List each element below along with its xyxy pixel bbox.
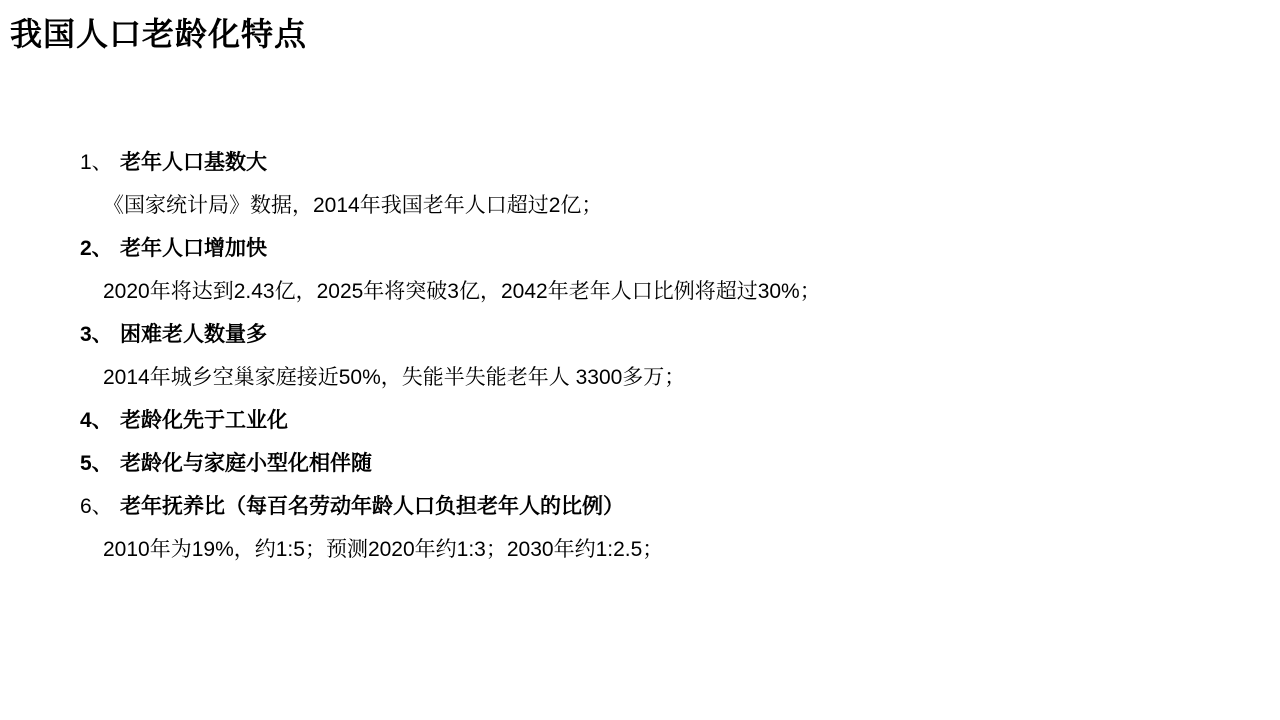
list-item-1-heading: 1、老年人口基数大 bbox=[80, 141, 821, 184]
list-item-1-detail: 《国家统计局》数据，2014年我国老年人口超过2亿； bbox=[103, 184, 821, 227]
item-6-number: 6、 bbox=[80, 485, 120, 528]
item-2-heading-text: 老年人口增加快 bbox=[120, 237, 267, 260]
item-1-heading-text: 老年人口基数大 bbox=[120, 151, 267, 174]
list-item-5-heading: 5、老龄化与家庭小型化相伴随 bbox=[80, 442, 821, 485]
list-item-3-detail: 2014年城乡空巢家庭接近50%，失能半失能老年人 3300多万； bbox=[103, 356, 821, 399]
list-item-3-heading: 3、困难老人数量多 bbox=[80, 313, 821, 356]
list-item-2-detail: 2020年将达到2.43亿，2025年将突破3亿，2042年老年人口比例将超过3… bbox=[103, 270, 821, 313]
content-list: 1、老年人口基数大 《国家统计局》数据，2014年我国老年人口超过2亿； 2、老… bbox=[80, 141, 821, 571]
item-4-number: 4、 bbox=[80, 399, 120, 442]
list-item-6-heading: 6、老年抚养比（每百名劳动年龄人口负担老年人的比例） bbox=[80, 485, 821, 528]
slide-title: 我国人口老龄化特点 bbox=[10, 14, 307, 56]
item-1-number: 1、 bbox=[80, 141, 120, 184]
item-3-number: 3、 bbox=[80, 313, 120, 356]
list-item-6-detail: 2010年为19%，约1:5；预测2020年约1:3；2030年约1:2.5； bbox=[103, 528, 821, 571]
item-5-heading-text: 老龄化与家庭小型化相伴随 bbox=[120, 452, 372, 475]
item-4-heading-text: 老龄化先于工业化 bbox=[120, 409, 288, 432]
item-6-heading-text: 老年抚养比（每百名劳动年龄人口负担老年人的比例） bbox=[120, 495, 624, 518]
item-2-number: 2、 bbox=[80, 227, 120, 270]
list-item-2-heading: 2、老年人口增加快 bbox=[80, 227, 821, 270]
slide: 我国人口老龄化特点 1、老年人口基数大 《国家统计局》数据，2014年我国老年人… bbox=[0, 0, 1280, 720]
item-3-heading-text: 困难老人数量多 bbox=[120, 323, 267, 346]
item-5-number: 5、 bbox=[80, 442, 120, 485]
list-item-4-heading: 4、老龄化先于工业化 bbox=[80, 399, 821, 442]
